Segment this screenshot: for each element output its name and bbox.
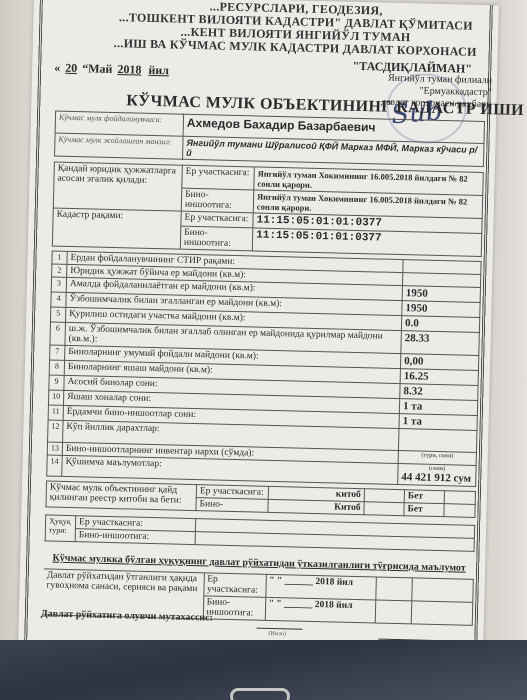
row-value: (сони)44 421 912 сум — [398, 464, 476, 487]
date-suffix: йил — [146, 63, 171, 78]
certificate-building-date: " " ______ 2018 йил — [265, 597, 376, 623]
numbered-data-table: 1Ердан фойдаланувчининг СТИР рақами:2Юри… — [46, 251, 481, 487]
location-label: Кўчмас мулк жойлашган манзил: — [55, 133, 184, 159]
certificate-land-series — [375, 577, 412, 601]
certificate-land-date: " " ______ 2018 йил — [265, 574, 376, 600]
date-month: Май — [88, 61, 113, 76]
date-year: 2018 — [115, 62, 143, 77]
cadastral-land-label: Ер участкасига: — [181, 211, 253, 228]
row-value-text: 44 421 912 сум — [401, 471, 472, 485]
certificate-building-series — [375, 600, 412, 624]
row-value: 28.33 — [401, 331, 480, 356]
signature-caption: (Имзо) — [268, 631, 286, 637]
registry-page-label: Бет — [404, 503, 444, 517]
cadastral-building-label: Бино-иншоотига: — [180, 226, 253, 251]
cadastral-building-value: 11:15:05:01:01:0377 — [252, 228, 481, 257]
registry-page-label: Бет — [404, 490, 444, 504]
row-number: 11 — [48, 405, 63, 420]
right-type-label: Ҳуқуқ тури: — [45, 515, 76, 542]
registry-book-value — [364, 502, 404, 516]
document-page: ...РЕСУРСЛАРИ, ГЕОДЕЗИЯ, ...ТОШКЕНТ ВИЛО… — [17, 0, 499, 695]
basis-label: Қандай юридик ҳужжатларга асосан эгалик … — [53, 162, 182, 211]
row-number: 13 — [47, 442, 62, 455]
row-number: 2 — [52, 264, 67, 277]
registry-label: Кўчмас мулк объектининг қайд қилинган ре… — [46, 481, 197, 511]
binder-clip — [230, 688, 290, 700]
registry-building-label: Бино- — [196, 498, 268, 513]
registry-book-value — [364, 489, 404, 503]
row-number: 7 — [50, 345, 65, 360]
property-info-table: Кўчмас мулк фойдаланувчиси: Ахмедов Баха… — [52, 111, 485, 257]
row-number: 8 — [49, 360, 64, 375]
date-day: 20 — [63, 61, 79, 75]
certificate-land-number — [411, 578, 473, 602]
row-number: 5 — [50, 307, 65, 322]
document-date: « 20 “Май 2018 йил — [54, 61, 171, 79]
certificate-land-label: Ер участкасига: — [203, 573, 266, 598]
row-number: 4 — [51, 292, 66, 307]
registry-page-value — [444, 491, 475, 505]
row-number: 6 — [50, 322, 66, 345]
row-number: 9 — [49, 375, 64, 390]
row-value — [398, 429, 477, 453]
cadastral-label: Кадастр рақами: — [52, 208, 181, 249]
right-type-building-label: Бино-иншоотига: — [75, 529, 195, 545]
certificate-building-number — [411, 601, 473, 625]
row-caption: (тури, сони) — [402, 452, 473, 460]
row-number: 14 — [47, 455, 63, 476]
row-number: 10 — [48, 390, 63, 405]
basis-land-label: Ер участкасига: — [182, 165, 255, 190]
organization-header: ...РЕСУРСЛАРИ, ГЕОДЕЗИЯ, ...ТОШКЕНТ ВИЛО… — [113, 0, 479, 59]
row-number: 1 — [52, 251, 67, 264]
basis-building-label: Бино-иншоотига: — [181, 188, 254, 213]
row-number: 3 — [51, 277, 66, 292]
registry-page-value — [444, 504, 475, 518]
row-number: 12 — [48, 420, 64, 442]
registry-book-label: Китоб — [268, 499, 364, 514]
owner-label: Кўчмас мулк фойдаланувчиси: — [55, 111, 183, 136]
